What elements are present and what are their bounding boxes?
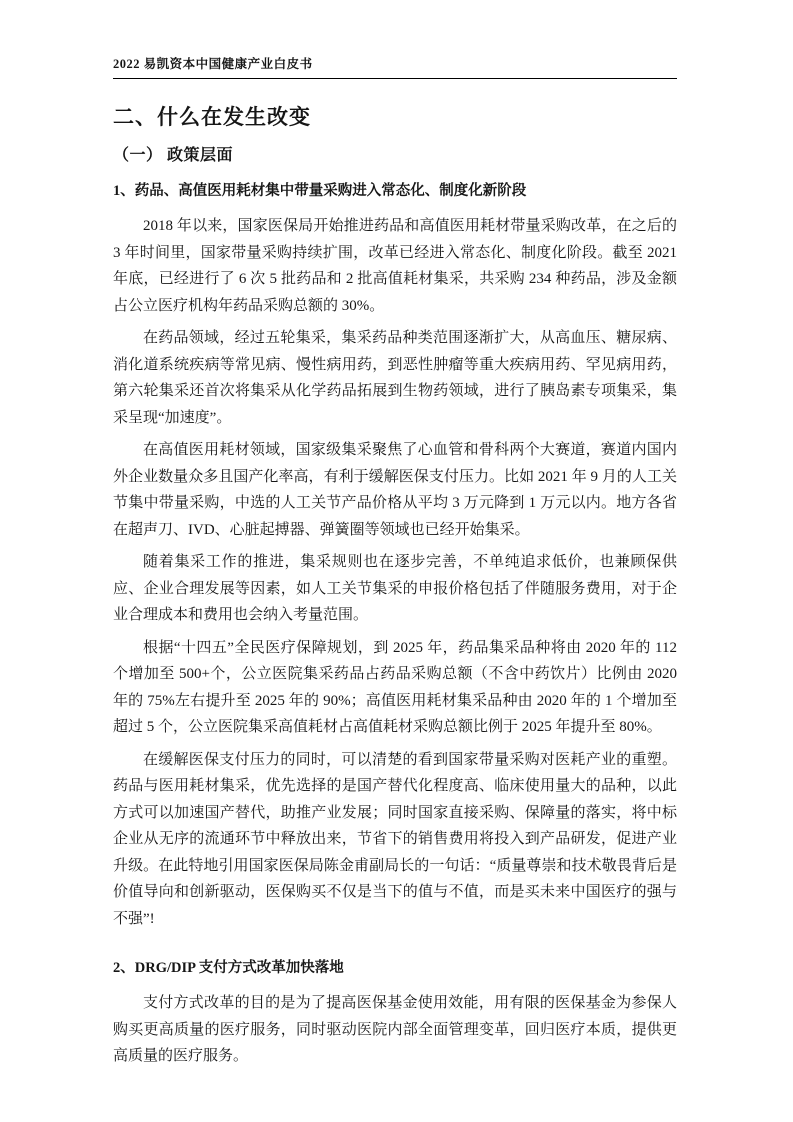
paragraph: 根据“十四五”全民医疗保障规划，到 2025 年，药品集采品种将由 2020 年… (113, 635, 677, 741)
paragraph: 在缓解医保支付压力的同时，可以清楚的看到国家带量采购对医耗产业的重塑。药品与医用… (113, 747, 677, 933)
page-header: 2022 易凯资本中国健康产业白皮书 (113, 57, 677, 79)
paragraph: 随着集采工作的推进，集采规则也在逐步完善，不单纯追求低价，也兼顾保供应、企业合理… (113, 549, 677, 629)
paragraph: 在高值医用耗材领域，国家级集采聚焦了心血管和骨科两个大赛道，赛道内国内外企业数量… (113, 437, 677, 543)
paragraph: 在药品领域，经过五轮集采，集采药品种类范围逐渐扩大，从高血压、糖尿病、消化道系统… (113, 325, 677, 431)
paragraph: 2018 年以来，国家医保局开始推进药品和高值医用耗材带量采购改革，在之后的 3… (113, 213, 677, 319)
subsection-title-2: 2、DRG/DIP 支付方式改革加快落地 (113, 959, 677, 978)
subsection-title-1: 1、药品、高值医用耗材集中带量采购进入常态化、制度化新阶段 (113, 182, 677, 201)
section-title: （一） 政策层面 (113, 145, 677, 166)
chapter-title: 二、什么在发生改变 (113, 104, 677, 130)
document-page: 2022 易凯资本中国健康产业白皮书 二、什么在发生改变 （一） 政策层面 1、… (0, 0, 793, 1122)
paragraph: 支付方式改革的目的是为了提高医保基金使用效能，用有限的医保基金为参保人购买更高质… (113, 990, 677, 1070)
